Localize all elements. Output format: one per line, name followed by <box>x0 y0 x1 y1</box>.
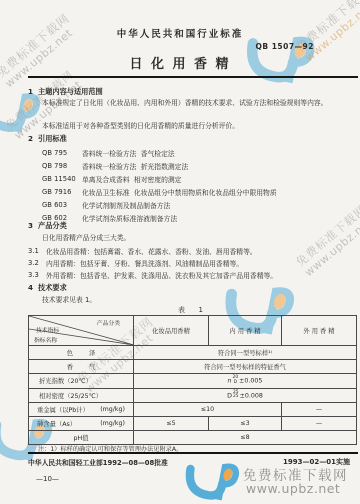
arsenic-cosmetic-limit: ≤5 <box>134 416 209 430</box>
section1-heading: 1 主题内容与适用范围 <box>28 87 103 97</box>
row-label-ph: pH值 <box>29 431 134 445</box>
corner-label-product-class: 产品分类 <box>97 318 120 327</box>
column-header-internal: 内 用 香 精 <box>209 316 282 346</box>
section4-heading: 4 技术要求 <box>28 283 67 293</box>
table-caption: 表 1 <box>28 305 356 315</box>
table-row-odor: 香 气 符合同一型号标样的特征香气 <box>29 360 357 374</box>
color-requirement: 符合同一型号标样¹⁾ <box>134 346 357 360</box>
classification-item: 3.3外用香精：包括香皂、护发素、洗涤用品、洗衣粉及其它加香产品用香精等。 <box>28 269 358 281</box>
classification-item: 3.1化妆品用香精：包括膏霜、香水、花露水、香粉、发油、唇用香精等。 <box>28 245 358 257</box>
reference-title: 香料统一检验方法 折光指数测定法 <box>82 161 188 171</box>
diagonal-watermark: 免费标准下载网 www.upbz.net <box>0 12 81 90</box>
reference-code: QB 795 <box>42 149 82 157</box>
refraction-tolerance: ±0.005 <box>239 378 262 385</box>
reference-title: 单离及合成香料 相对密度的测定 <box>82 174 181 184</box>
classification-list: 3.1化妆品用香精：包括膏霜、香水、花露水、香粉、发油、唇用香精等。 3.2内用… <box>28 245 358 281</box>
table-row-refraction: 折光指数（20℃） n20D±0.005 <box>29 374 357 388</box>
standard-number: QB 1507—92 <box>255 42 314 51</box>
classification-item: 3.2内用香精：包括牙膏、牙粉、餐具洗涤剂、风油精制品用香精等。 <box>28 257 358 269</box>
document-title: 日 化 用 香 精 <box>0 53 360 72</box>
reference-item: GB 603化学试剂制剂及制品制备方法 <box>42 199 354 212</box>
refraction-sub: D <box>233 381 239 386</box>
column-header-external: 外 用 香 精 <box>282 316 357 346</box>
item-number: 3.3 <box>28 271 46 279</box>
reference-title: 香料统一检验方法 香气检定法 <box>82 148 175 158</box>
approval-statement: 中华人民共和国轻工业部1992—08—08批准 <box>28 457 168 467</box>
corner-label-tech-index: 技术指标 <box>36 325 59 334</box>
density-supsub: 2525 <box>233 391 239 400</box>
reference-title: 化学试剂制剂及制品制备方法 <box>82 200 170 210</box>
arsenic-label: 砷含量（As） <box>37 419 76 428</box>
item-text: 内用香精：包括牙膏、牙粉、餐具洗涤剂、风油精制品用香精等。 <box>46 258 243 268</box>
table-row-ph: pH值 ≤8 <box>29 431 357 445</box>
footer-rule <box>28 452 358 454</box>
density-symbol: D <box>227 392 232 399</box>
reference-item: QB 795香料统一检验方法 香气检定法 <box>42 147 354 160</box>
heavy-metal-external: — <box>282 402 357 416</box>
row-label-refraction: 折光指数（20℃） <box>29 374 134 388</box>
reference-title: 化学试剂杂质标准溶液制备方法 <box>82 213 177 223</box>
table-corner-cell: 产品分类 技术指标 指标名称 <box>29 316 134 346</box>
row-label-arsenic: 砷含量（As）(mg/kg) <box>29 416 134 430</box>
column-header-cosmetic: 化妆品用香精 <box>134 316 209 346</box>
section3-intro: 日化用香精产品分成三大类。 <box>42 233 130 244</box>
item-number: 3.2 <box>28 259 46 267</box>
table-row-heavy-metal: 重金属（以Pb计）(mg/kg) ≤10 — <box>29 402 357 416</box>
item-number: 3.1 <box>28 247 46 255</box>
arsenic-external: — <box>282 416 357 430</box>
reference-code: GB 11540 <box>42 175 82 183</box>
technical-requirements-table: 产品分类 技术指标 指标名称 化妆品用香精 内 用 香 精 外 用 香 精 色 … <box>28 315 357 445</box>
row-label-odor: 香 气 <box>29 360 134 374</box>
scanned-standard-page: 免费标准下载网 www.upbz.net 免费标准下载网 www.upbz.ne… <box>0 0 360 504</box>
section1-paragraph1: 本标准规定了日化用（化妆品用、内用和外用）香精的技术要求、试验方法和检验规则等内… <box>28 98 358 109</box>
table-row-density: 相对密度（25/25℃） D2525±0.008 <box>29 388 357 402</box>
heavy-metal-unit: (mg/kg) <box>100 406 125 413</box>
odor-requirement: 符合同一型号标样的特征香气 <box>134 360 357 374</box>
arsenic-unit: (mg/kg) <box>100 420 125 427</box>
section1-paragraph2: 本标准适用于对各种香型类别的日化用香精的质量进行分析评价。 <box>42 121 239 132</box>
reference-item: QB 798香料统一检验方法 折光指数测定法 <box>42 160 354 173</box>
header-rule <box>28 76 358 78</box>
reference-code: GB 7916 <box>42 188 82 196</box>
heavy-metal-label: 重金属（以Pb计） <box>37 405 89 414</box>
page-number: —10— <box>36 475 59 483</box>
refraction-supsub: 20D <box>233 376 239 385</box>
row-label-heavy-metal: 重金属（以Pb计）(mg/kg) <box>29 402 134 416</box>
density-requirement: D2525±0.008 <box>134 388 357 402</box>
ph-limit: ≤8 <box>134 431 357 445</box>
arsenic-internal-limit: ≤3 <box>209 416 282 430</box>
refraction-symbol: n <box>228 378 232 385</box>
row-label-color: 色 泽 <box>29 346 134 360</box>
density-tolerance: ±0.008 <box>240 392 263 399</box>
reference-item: GB 11540单离及合成香料 相对密度的测定 <box>42 173 354 186</box>
item-text: 外用香精：包括香皂、护发素、洗涤用品、洗衣粉及其它加香产品用香精等。 <box>46 270 277 280</box>
standard-type-heading: 中华人民共和国行业标准 <box>0 26 360 40</box>
section3-heading: 3 产品分类 <box>28 221 67 231</box>
item-text: 化妆品用香精：包括膏霜、香水、花露水、香粉、发油、唇用香精等。 <box>46 246 257 256</box>
reference-code: QB 798 <box>42 162 82 170</box>
reference-title: 化妆品卫生标准 化妆品组分中禁用物质和化妆品组分中限用物质 <box>82 187 277 197</box>
section2-heading: 2 引用标准 <box>28 134 67 144</box>
table-row-color: 色 泽 符合同一型号标样¹⁾ <box>29 346 357 360</box>
reference-item: GB 7916化妆品卫生标准 化妆品组分中禁用物质和化妆品组分中限用物质 <box>42 186 354 199</box>
reference-list: QB 795香料统一检验方法 香气检定法 QB 798香料统一检验方法 折光指数… <box>42 147 354 224</box>
heavy-metal-limit: ≤10 <box>134 402 282 416</box>
corner-label-index-name: 指标名称 <box>34 335 57 344</box>
up-logo-large <box>183 460 239 504</box>
reference-code: GB 603 <box>42 201 82 209</box>
row-label-density: 相对密度（25/25℃） <box>29 388 134 402</box>
refraction-requirement: n20D±0.005 <box>134 374 357 388</box>
watermark-site-url-large: www.upbz.net <box>246 481 340 496</box>
table-row-arsenic: 砷含量（As）(mg/kg) ≤5 ≤3 — <box>29 416 357 430</box>
reference-item: GB 602化学试剂杂质标准溶液制备方法 <box>42 211 354 224</box>
density-sub: 25 <box>233 395 239 400</box>
